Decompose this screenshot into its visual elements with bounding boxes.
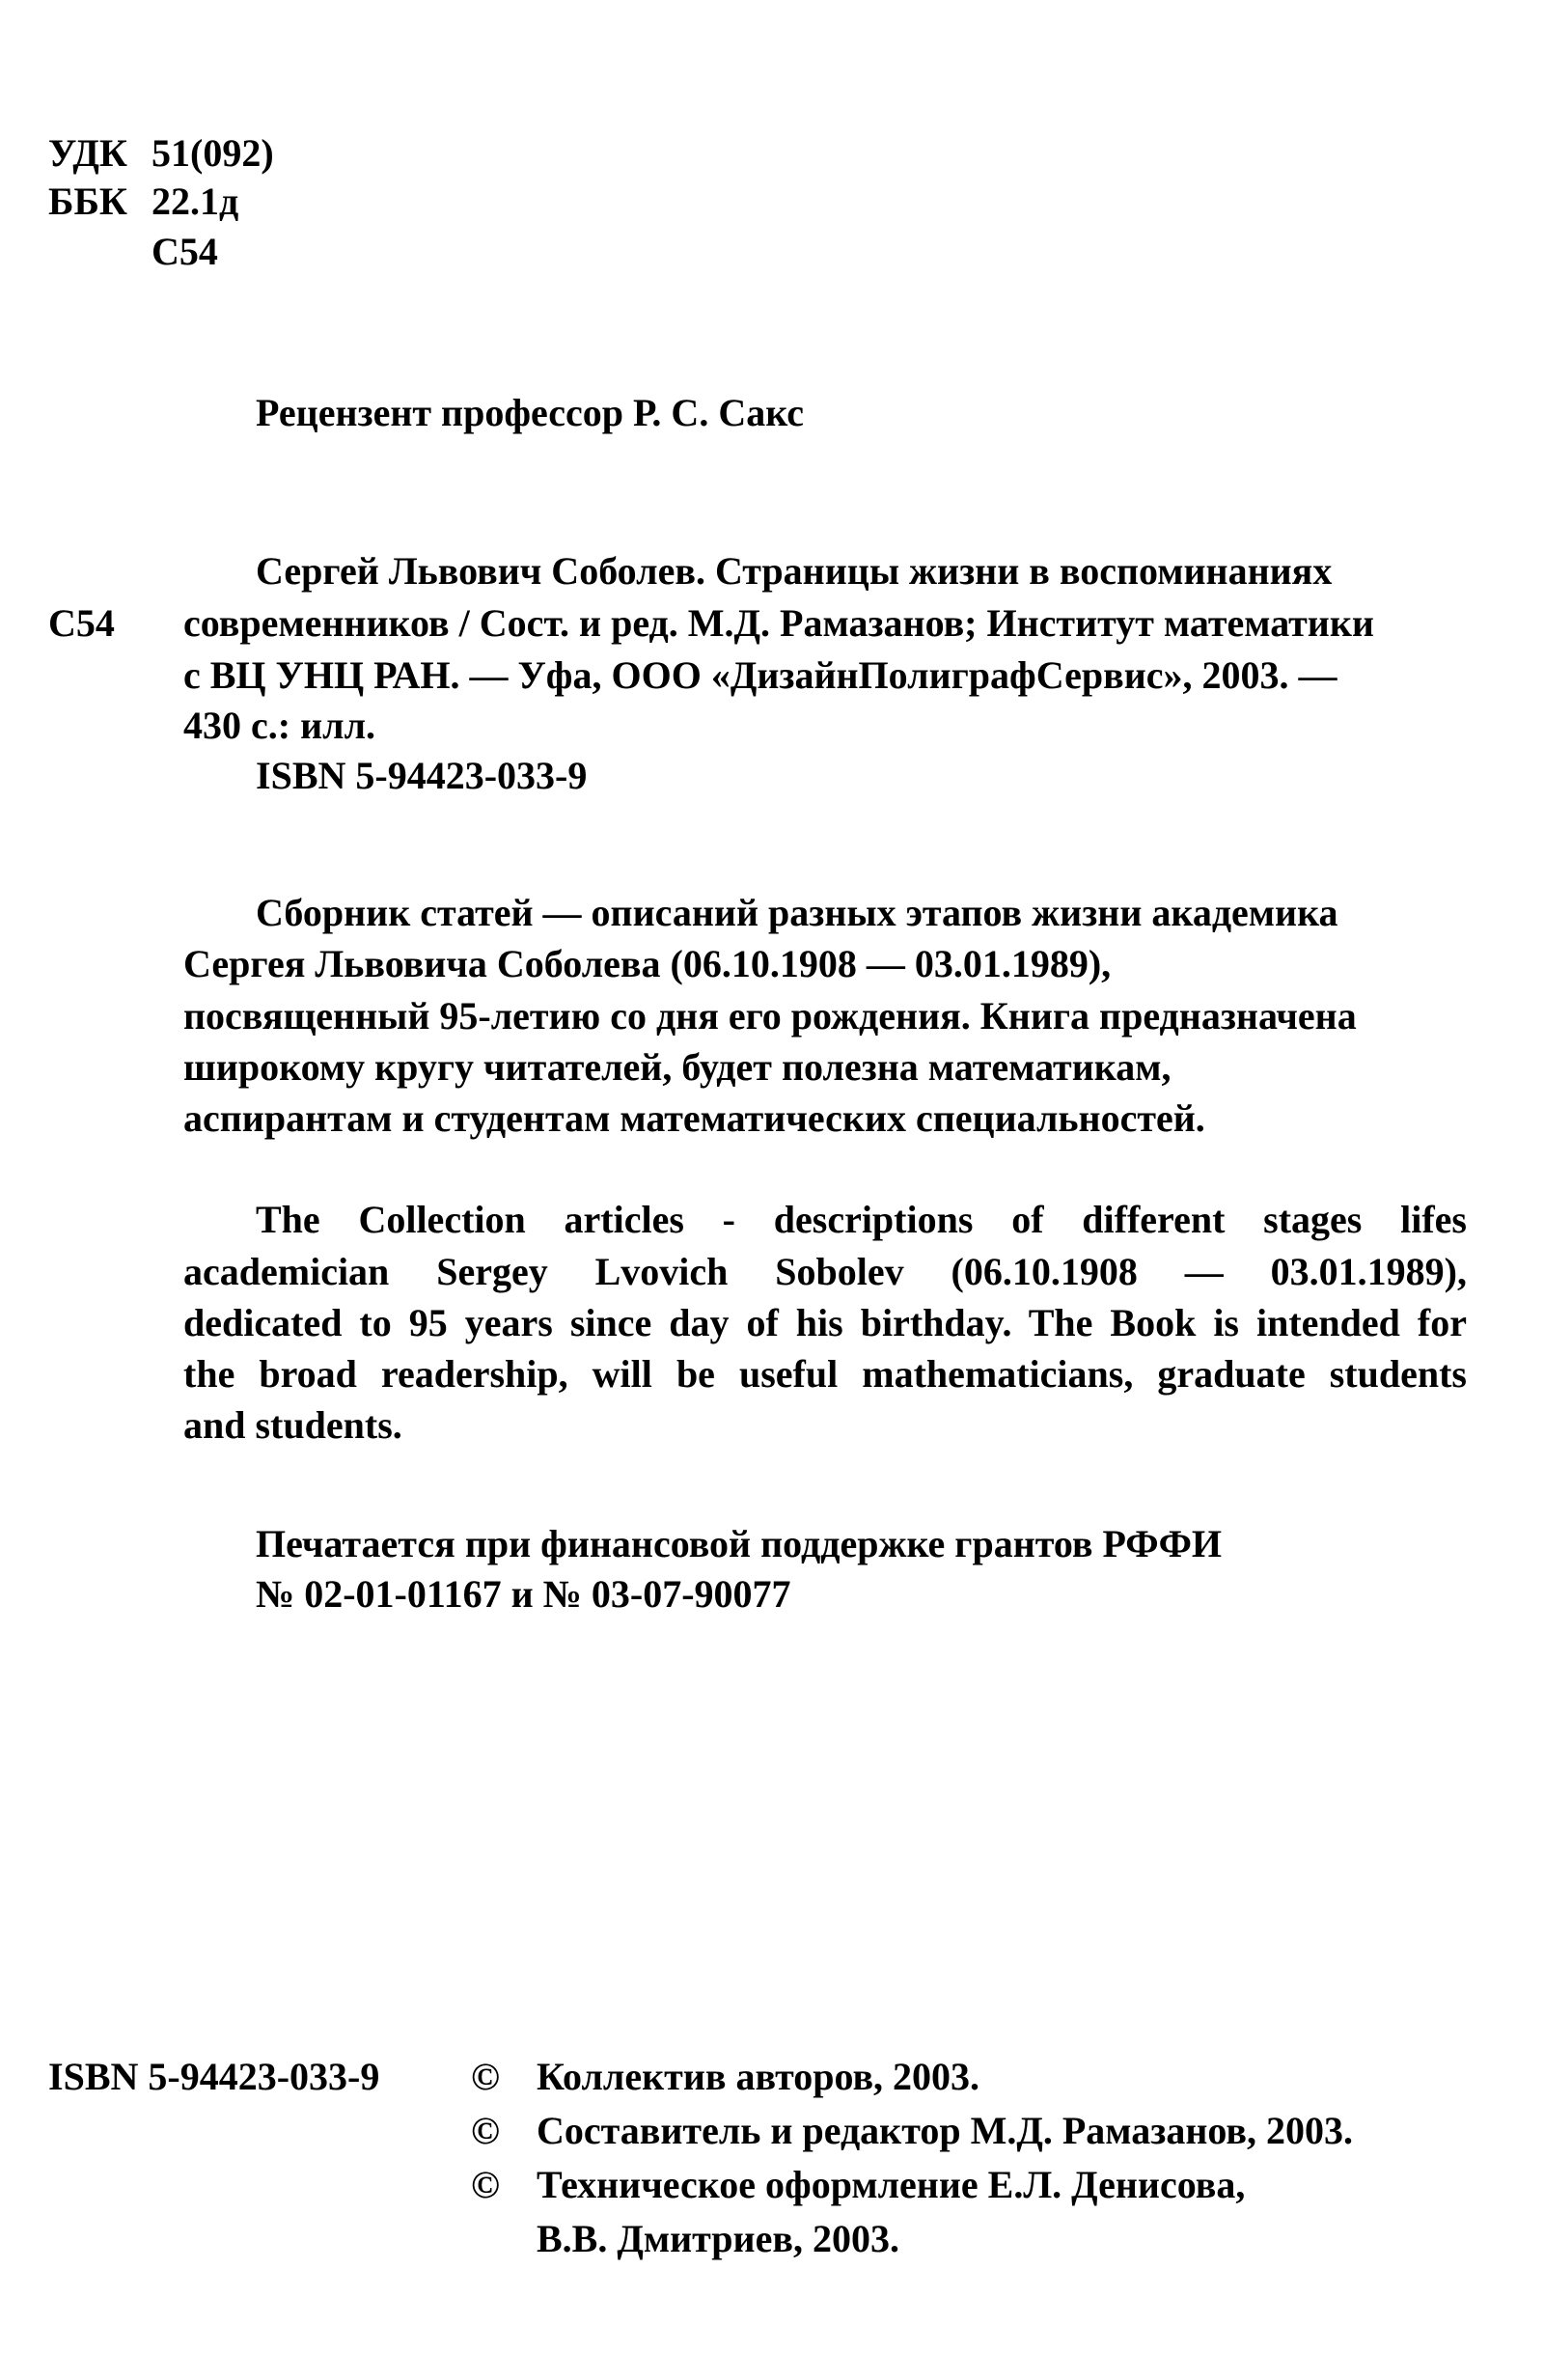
annotation-line: посвященный 95-летию со дня его рождения… xyxy=(183,991,1357,1041)
copyright-icon: © xyxy=(471,2106,500,2156)
copyright-line: Техническое оформление Е.Л. Денисова, xyxy=(537,2160,1245,2210)
annotation-en-line: academician Sergey Lvovich Sobolev (06.1… xyxy=(183,1247,1467,1297)
funding-grants: № 02-01-01167 и № 03-07-90077 xyxy=(256,1569,791,1619)
annotation-line: широкому кругу читателей, будет полезна … xyxy=(183,1042,1171,1093)
annotation-en-line: The Collection articles - descriptions o… xyxy=(256,1195,1467,1245)
bib-line: Сергей Львович Соболев. Страницы жизни в… xyxy=(256,546,1332,596)
bib-line: с ВЦ УНЦ РАН. — Уфа, ООО «ДизайнПолиграф… xyxy=(183,650,1337,701)
annotation-en-line: and students. xyxy=(183,1400,1467,1451)
annotation-line: аспирантам и студентам математических сп… xyxy=(183,1093,1205,1144)
bib-line: 430 с.: илл. xyxy=(183,701,375,751)
annotation-en-line: the broad readership, will be useful mat… xyxy=(183,1349,1467,1399)
udk-label: УДК xyxy=(48,128,127,179)
annotation-en-line: dedicated to 95 years since day of his b… xyxy=(183,1298,1467,1348)
udk-value: 51(092) xyxy=(152,128,274,179)
bib-author-mark: С54 xyxy=(48,598,115,649)
copyright-continuation: В.В. Дмитриев, 2003. xyxy=(537,2214,899,2264)
author-mark: С54 xyxy=(152,227,218,277)
copyright-line: Составитель и редактор М.Д. Рамазанов, 2… xyxy=(537,2106,1353,2156)
bib-line: современников / Сост. и ред. М.Д. Рамаза… xyxy=(183,598,1374,649)
bib-isbn: ISBN 5-94423-033-9 xyxy=(256,751,587,801)
annotation-line: Сергея Львовича Соболева (06.10.1908 — 0… xyxy=(183,939,1111,989)
copyright-line: Коллектив авторов, 2003. xyxy=(537,2052,979,2102)
funding-line: Печатается при финансовой поддержке гран… xyxy=(256,1519,1222,1569)
reviewer: Рецензент профессор Р. С. Сакс xyxy=(256,388,804,438)
copyright-icon: © xyxy=(471,2052,500,2102)
annotation-line: Сборник статей — описаний разных этапов … xyxy=(256,888,1338,938)
bbk-label: ББК xyxy=(48,177,127,227)
bbk-value: 22.1д xyxy=(152,177,238,227)
imprint-isbn: ISBN 5-94423-033-9 xyxy=(48,2052,379,2102)
copyright-icon: © xyxy=(471,2160,500,2210)
